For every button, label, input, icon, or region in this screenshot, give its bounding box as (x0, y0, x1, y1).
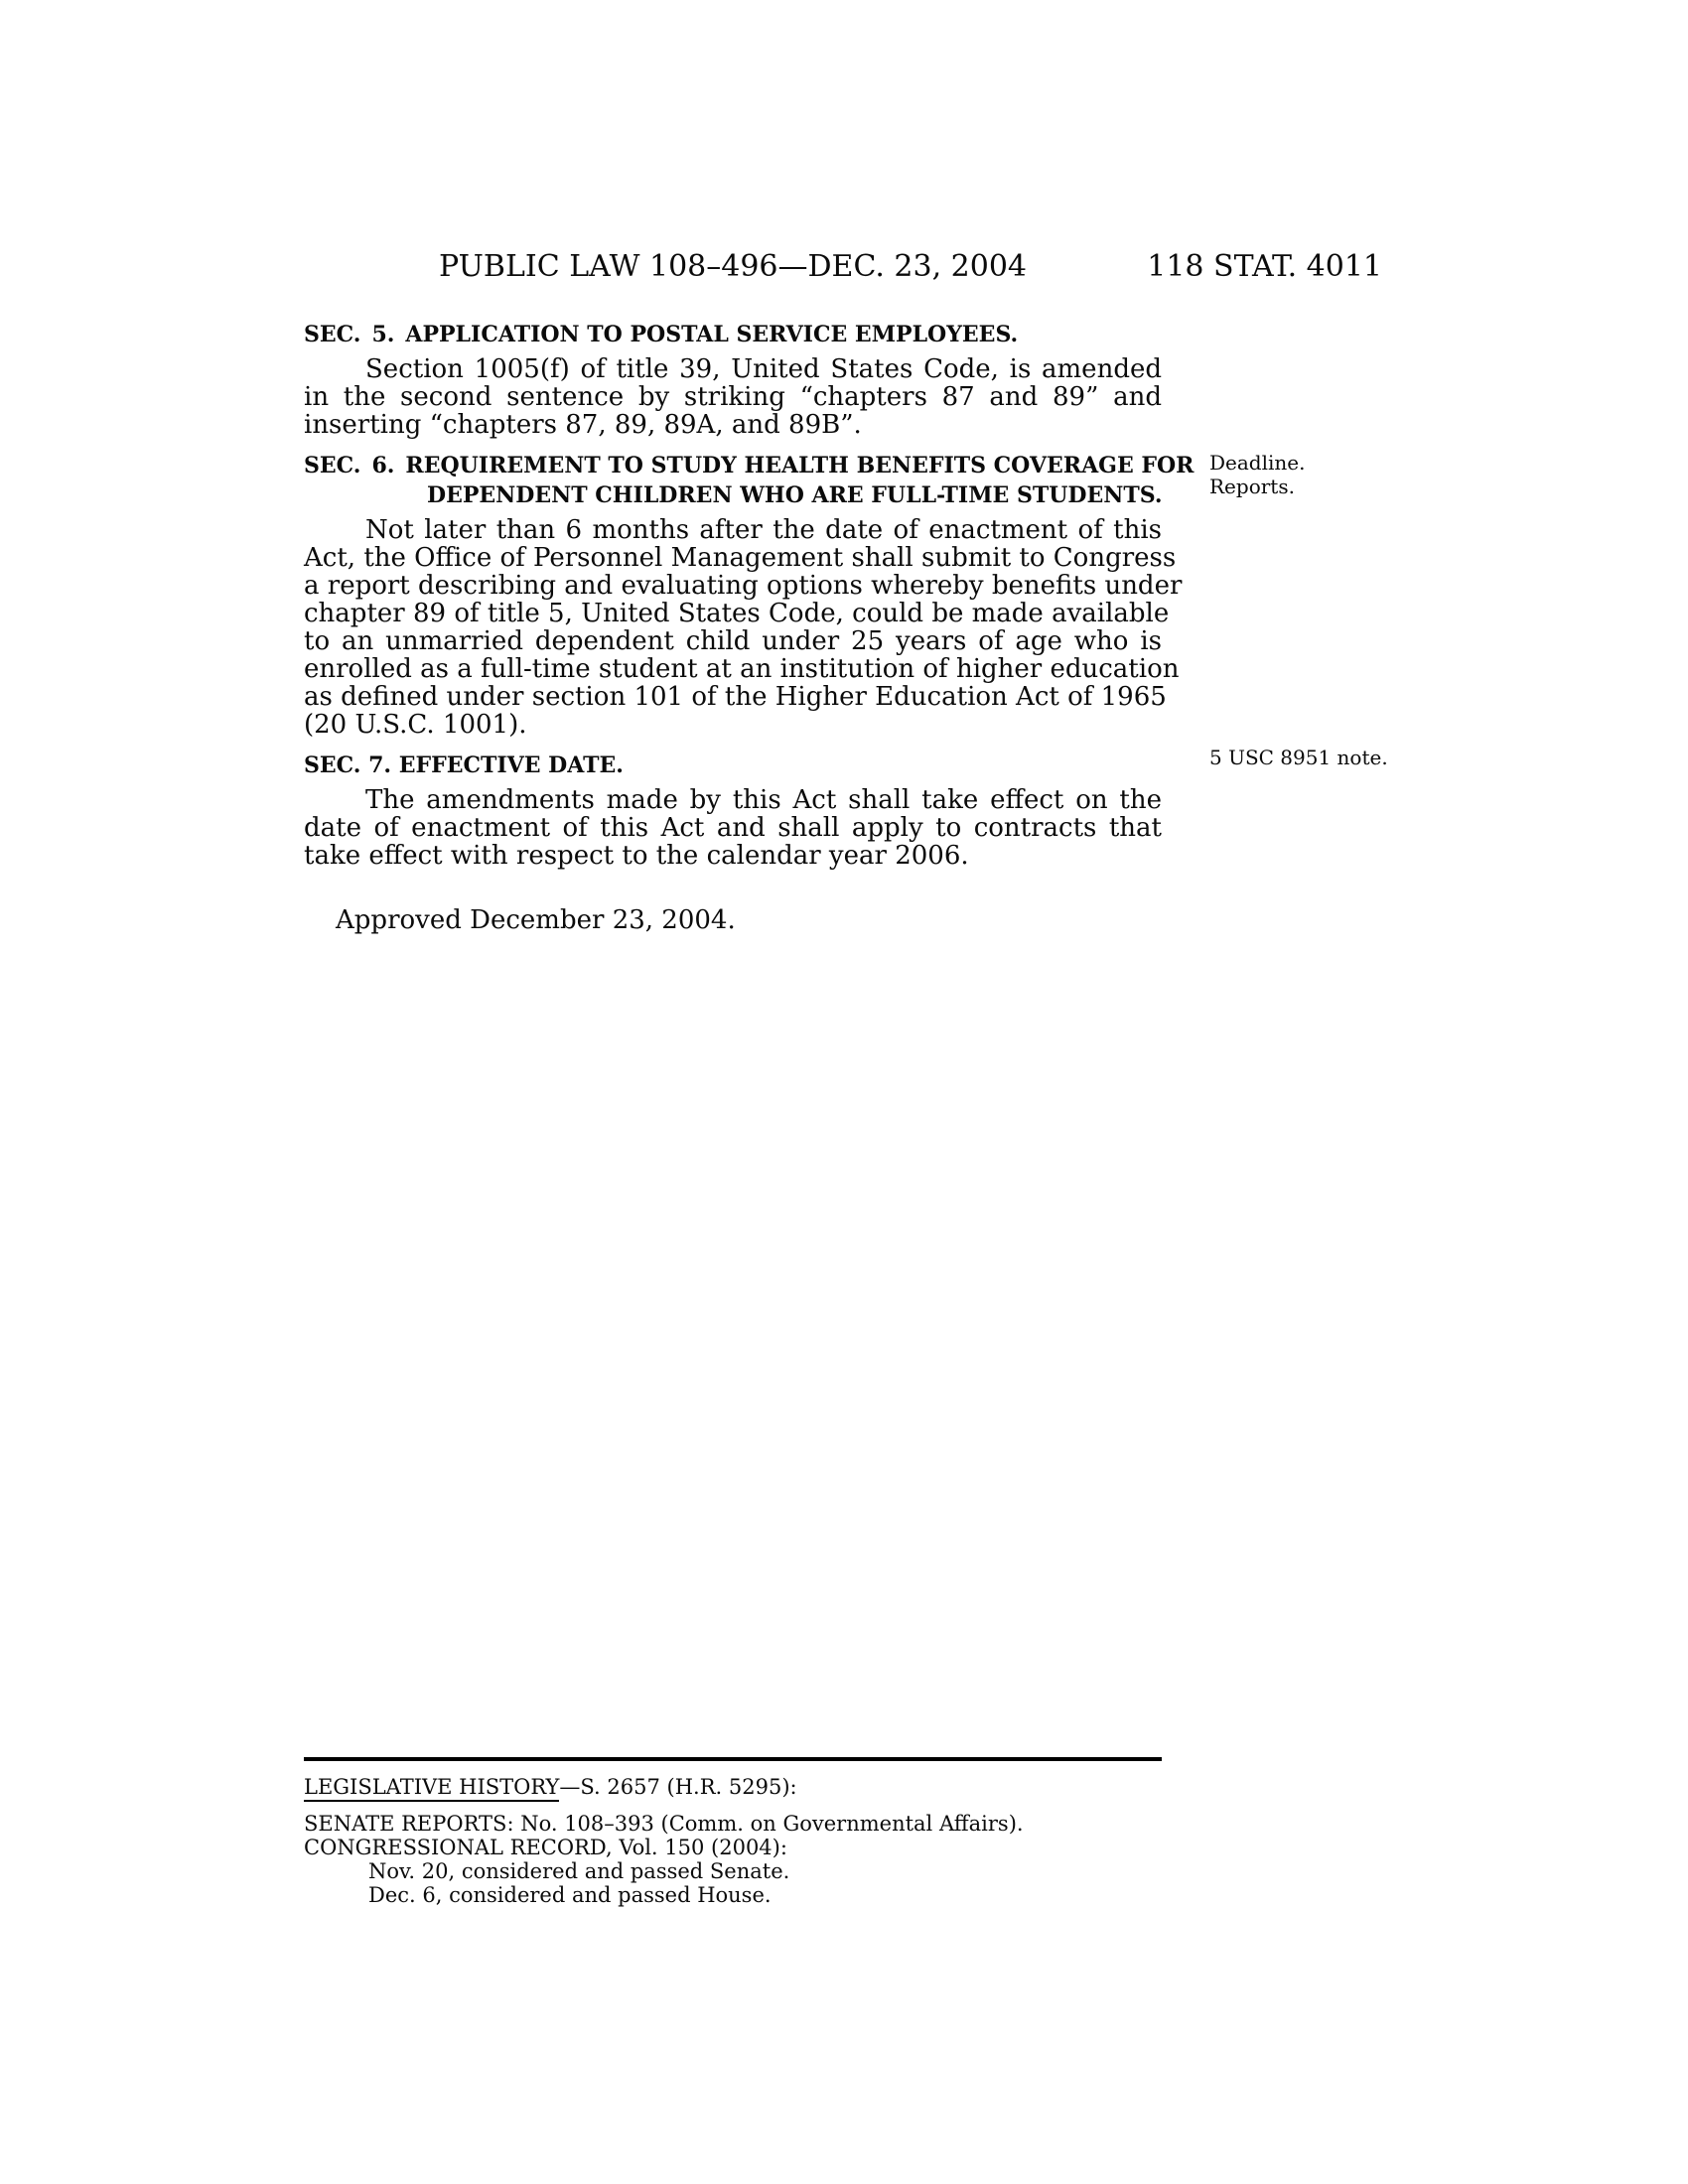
body-column: SEC. 5. APPLICATION TO POSTAL SERVICE EM… (304, 320, 1162, 935)
record-entry-line: Nov. 20, considered and passed Senate. (304, 1859, 1162, 1883)
text-line: Section 1005(f) of title 39, United Stat… (304, 355, 1162, 383)
margin-note-deadline-reports: Deadline. Reports. (1209, 451, 1398, 498)
text-line: Act, the Office of Personnel Management … (304, 544, 1162, 572)
running-head-stat-ref: 118 STAT. 4011 (1092, 250, 1382, 284)
section-6-paragraph: Not later than 6 months after the date o… (304, 516, 1162, 739)
section-5-paragraph: Section 1005(f) of title 39, United Stat… (304, 355, 1162, 439)
section-6-heading: SEC. 6. REQUIREMENT TO STUDY HEALTH BENE… (304, 451, 1162, 510)
section-6-heading-line-1: SEC. 6. REQUIREMENT TO STUDY HEALTH BENE… (304, 451, 1162, 480)
text-line: inserting “chapters 87, 89, 89A, and 89B… (304, 411, 1162, 439)
section-6-heading-line-2: DEPENDENT CHILDREN WHO ARE FULL-TIME STU… (304, 480, 1162, 510)
section-7-paragraph: The amendments made by this Act shall ta… (304, 786, 1162, 870)
section-5-heading: SEC. 5. APPLICATION TO POSTAL SERVICE EM… (304, 320, 1162, 349)
legislative-history-rule (304, 1757, 1162, 1761)
legislative-history-title-rest: —S. 2657 (H.R. 5295): (559, 1775, 796, 1799)
text-line: enrolled as a full-time student at an in… (304, 655, 1162, 683)
running-head-law-title: PUBLIC LAW 108–496—DEC. 23, 2004 (304, 250, 1162, 284)
section-7-heading-line: SEC. 7. EFFECTIVE DATE. (304, 751, 1162, 780)
section-7-heading: SEC. 7. EFFECTIVE DATE. (304, 751, 1162, 780)
record-entry-line: Dec. 6, considered and passed House. (304, 1883, 1162, 1907)
statute-page: PUBLIC LAW 108–496—DEC. 23, 2004 118 STA… (0, 0, 1688, 2184)
text-line: (20 U.S.C. 1001). (304, 711, 1162, 739)
legislative-history-block: LEGISLATIVE HISTORY—S. 2657 (H.R. 5295):… (304, 1757, 1162, 1907)
approval-line: Approved December 23, 2004. (304, 905, 1162, 935)
margin-note-line: Reports. (1209, 475, 1398, 498)
text-line: chapter 89 of title 5, United States Cod… (304, 600, 1162, 627)
margin-note-line: Deadline. (1209, 451, 1398, 475)
text-line: take effect with respect to the calendar… (304, 842, 1162, 870)
margin-note-usc-citation: 5 USC 8951 note. (1209, 746, 1398, 769)
text-line: Not later than 6 months after the date o… (304, 516, 1162, 544)
text-line: a report describing and evaluating optio… (304, 572, 1162, 600)
text-line: in the second sentence by striking “chap… (304, 383, 1162, 411)
section-5-heading-line: SEC. 5. APPLICATION TO POSTAL SERVICE EM… (304, 320, 1162, 349)
margin-note-line: 5 USC 8951 note. (1209, 746, 1398, 769)
legislative-history-title: LEGISLATIVE HISTORY—S. 2657 (H.R. 5295): (304, 1775, 1162, 1799)
senate-reports-line: SENATE REPORTS: No. 108–393 (Comm. on Go… (304, 1812, 1162, 1836)
legislative-history-title-underlined: LEGISLATIVE HISTORY (304, 1775, 559, 1802)
congressional-record-line: CONGRESSIONAL RECORD, Vol. 150 (2004): (304, 1836, 1162, 1859)
text-line: to an unmarried dependent child under 25… (304, 627, 1162, 655)
text-line: The amendments made by this Act shall ta… (304, 786, 1162, 814)
text-line: as defined under section 101 of the High… (304, 683, 1162, 711)
text-line: date of enactment of this Act and shall … (304, 814, 1162, 842)
